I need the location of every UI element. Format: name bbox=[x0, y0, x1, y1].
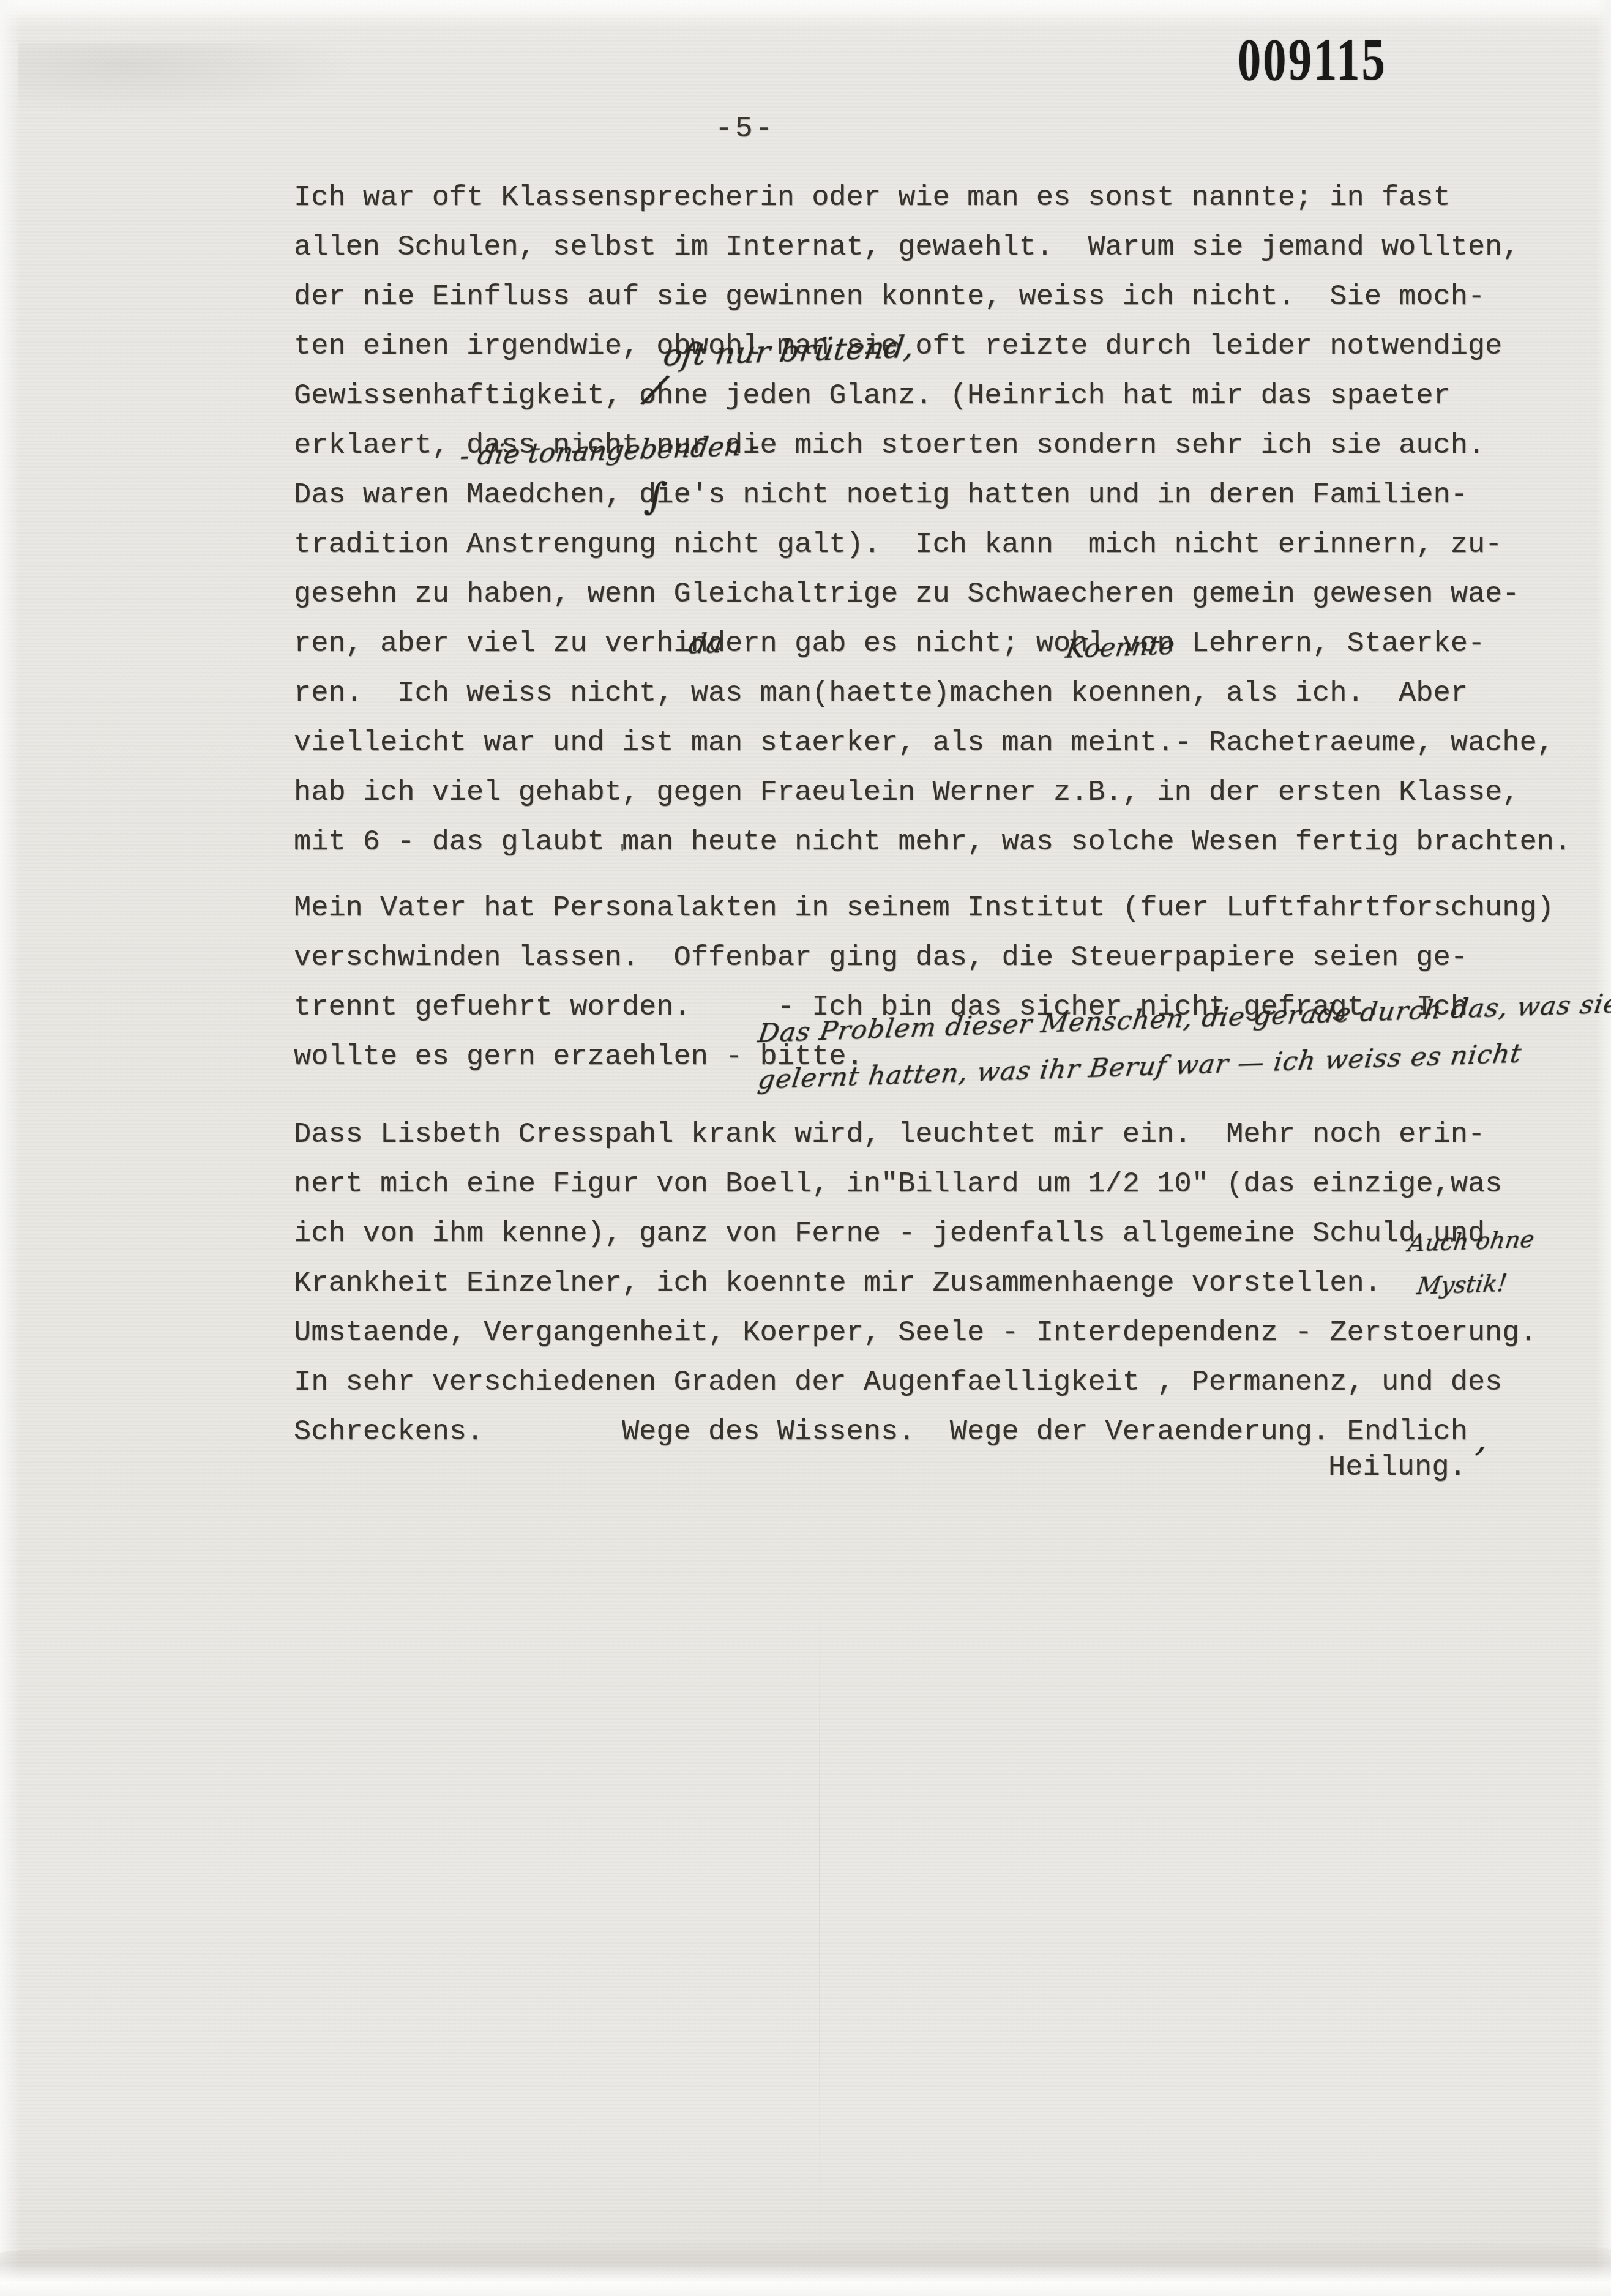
typed-line: Das waren Maedchen, die's nicht noetig h… bbox=[294, 471, 1571, 520]
paragraph-1: Ich war oft Klassensprecherin oder wie m… bbox=[294, 173, 1571, 867]
typed-line: ren, aber viel zu verhindern gab es nich… bbox=[294, 619, 1571, 669]
handwritten-note-da: da bbox=[687, 628, 725, 660]
handwritten-note-mystik: Mystik! bbox=[1415, 1270, 1509, 1300]
typed-line: der nie Einfluss auf sie gewinnen konnte… bbox=[294, 272, 1571, 322]
typed-line: Mein Vater hat Personalakten in seinem I… bbox=[294, 884, 1554, 933]
scan-edge-bottom bbox=[0, 2240, 1611, 2296]
typed-line: nert mich eine Figur von Boell, in"Billa… bbox=[294, 1160, 1537, 1209]
typed-line: Schreckens. Wege des Wissens. Wege der V… bbox=[294, 1407, 1537, 1457]
scan-shadow bbox=[18, 43, 361, 116]
typed-line: vielleicht war und ist man staerker, als… bbox=[294, 718, 1571, 768]
scan-edge-top bbox=[0, 0, 1611, 28]
typed-line: In sehr verschiedenen Graden der Augenfa… bbox=[294, 1358, 1537, 1407]
typed-line: allen Schulen, selbst im Internat, gewae… bbox=[294, 223, 1571, 272]
typed-line: Gewissenhaftigkeit, ohne jeden Glanz. (H… bbox=[294, 371, 1571, 421]
paper-crease bbox=[819, 1591, 820, 2264]
typed-line: tradition Anstrengung nicht galt). Ich k… bbox=[294, 520, 1571, 570]
typed-line: ren. Ich weiss nicht, was man(haette)mac… bbox=[294, 669, 1571, 718]
typed-line: mit 6 - das glaubt man heute nicht mehr,… bbox=[294, 818, 1571, 867]
page-number: -5- bbox=[715, 113, 775, 146]
typed-line: verschwinden lassen. Offenbar ging das, … bbox=[294, 933, 1554, 983]
typed-line: gesehn zu haben, wenn Gleichaltrige zu S… bbox=[294, 570, 1571, 619]
typed-line: hab ich viel gehabt, gegen Fraeulein Wer… bbox=[294, 768, 1571, 818]
handwritten-note-auch-ohne: Auch ohne bbox=[1407, 1226, 1536, 1257]
typed-line: Ich war oft Klassensprecherin oder wie m… bbox=[294, 173, 1571, 223]
scan-edge-left bbox=[0, 0, 21, 2296]
typed-line-heilung: Heilung. bbox=[1328, 1452, 1467, 1484]
handwritten-note-koennte: Koennte bbox=[1064, 630, 1176, 664]
typed-line: Dass Lisbeth Cresspahl krank wird, leuch… bbox=[294, 1110, 1537, 1160]
document-page: 009115 -5- Ich war oft Klassensprecherin… bbox=[0, 0, 1611, 2296]
archive-stamp-number: 009115 bbox=[1238, 26, 1387, 94]
stray-ink-mark: ' bbox=[616, 842, 629, 867]
scan-edge-right bbox=[1595, 0, 1611, 2296]
paragraph-3: Dass Lisbeth Cresspahl krank wird, leuch… bbox=[294, 1110, 1537, 1457]
typed-line: ten einen irgendwie, obwohl man sie oft … bbox=[294, 322, 1571, 371]
typed-line: ich von ihm kenne), ganz von Ferne - jed… bbox=[294, 1209, 1537, 1259]
typed-line: Krankheit Einzelner, ich koennte mir Zus… bbox=[294, 1259, 1537, 1308]
typed-line: Umstaende, Vergangenheit, Koerper, Seele… bbox=[294, 1308, 1537, 1358]
